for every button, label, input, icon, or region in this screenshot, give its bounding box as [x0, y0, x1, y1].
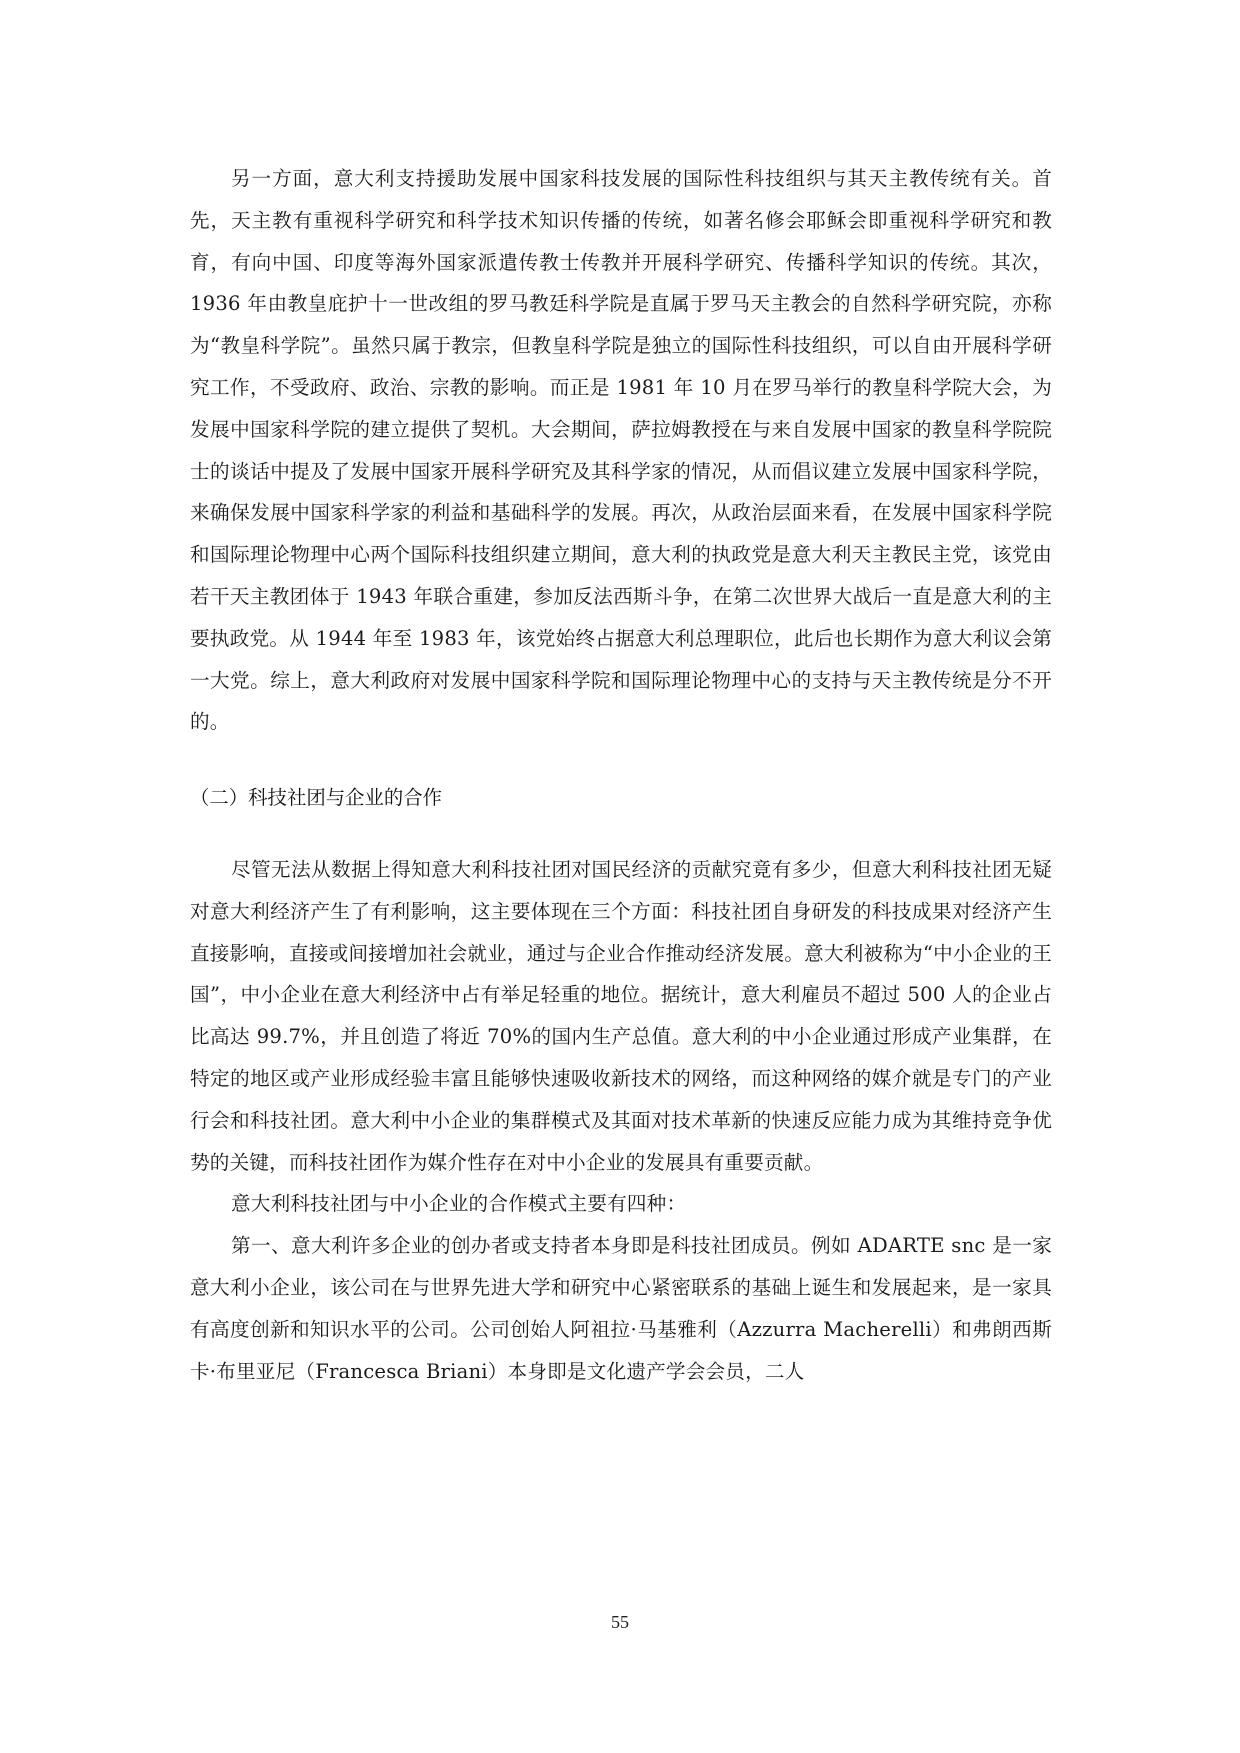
paragraph-cooperation-modes-intro: 意大利科技社团与中小企业的合作模式主要有四种： [190, 1183, 1052, 1225]
document-page: 另一方面，意大利支持援助发展中国家科技发展的国际性科技组织与其天主教传统有关。首… [0, 0, 1240, 1753]
page-body: 另一方面，意大利支持援助发展中国家科技发展的国际性科技组织与其天主教传统有关。首… [190, 158, 1052, 1392]
paragraph-first-mode: 第一、意大利许多企业的创办者或支持者本身即是科技社团成员。例如 ADARTE s… [190, 1225, 1052, 1392]
paragraph-economic-impact: 尽管无法从数据上得知意大利科技社团对国民经济的贡献究竟有多少，但意大利科技社团无… [190, 849, 1052, 1183]
paragraph-catholic-tradition: 另一方面，意大利支持援助发展中国家科技发展的国际性科技组织与其天主教传统有关。首… [190, 158, 1052, 743]
section-heading: （二）科技社团与企业的合作 [190, 777, 1052, 819]
page-number: 55 [0, 1612, 1240, 1633]
